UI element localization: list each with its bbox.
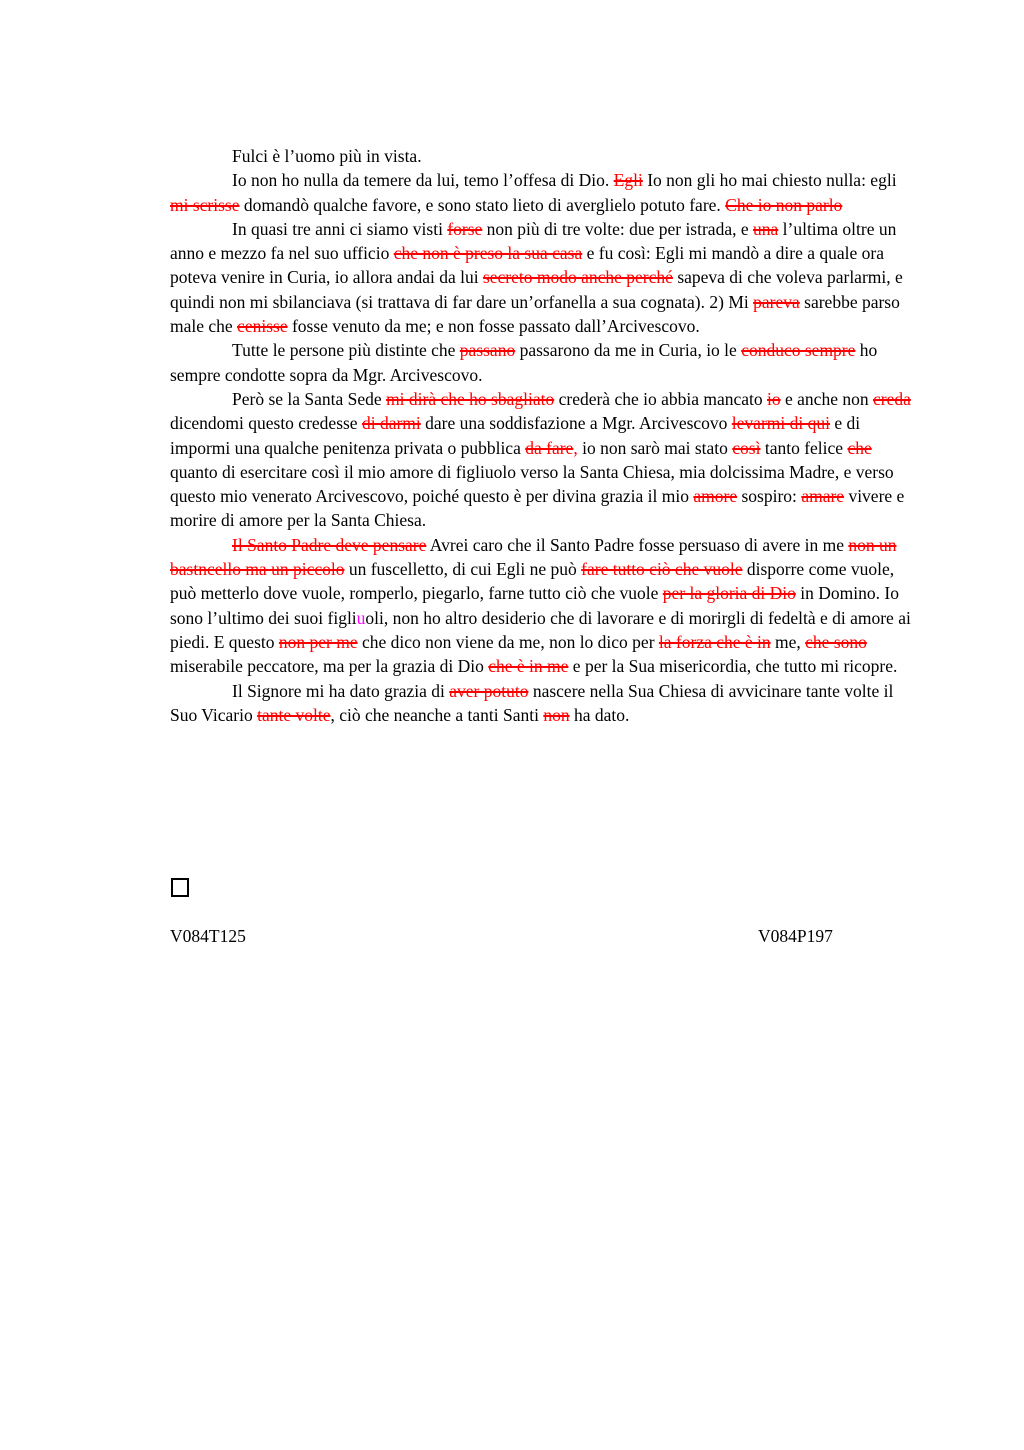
paragraph: Io non ho nulla da temere da lui, temo l… bbox=[170, 168, 914, 217]
deleted-text: creda bbox=[873, 389, 911, 409]
paragraph: Il Santo Padre deve pensare Avrei caro c… bbox=[170, 533, 914, 679]
footer-code-right: V084P197 bbox=[758, 924, 833, 948]
text-run: Tutte le persone più distinte che bbox=[232, 340, 460, 360]
deleted-text: mi dirà che ho sbagliato bbox=[386, 389, 554, 409]
deleted-text: fare tutto ciò che vuole bbox=[581, 559, 742, 579]
text-run: Però se la Santa Sede bbox=[232, 389, 386, 409]
text-run: crederà che io abbia mancato bbox=[554, 389, 767, 409]
deleted-text: che non è preso la sua casa bbox=[394, 243, 583, 263]
deleted-text: di darmi bbox=[362, 413, 421, 433]
paragraph: In quasi tre anni ci siamo visti forse n… bbox=[170, 217, 914, 338]
deleted-text: pareva bbox=[753, 292, 800, 312]
text-run: sospiro: bbox=[737, 486, 801, 506]
text-run: tanto felice bbox=[760, 438, 847, 458]
text-run: miserabile peccatore, ma per la grazia d… bbox=[170, 656, 488, 676]
deleted-text: la forza che è in bbox=[659, 632, 771, 652]
footer-code-left: V084T125 bbox=[170, 924, 246, 948]
text-run: un fuscelletto, di cui Egli ne può bbox=[344, 559, 581, 579]
deleted-text: forse bbox=[447, 219, 482, 239]
deleted-text: secreto modo anche perché bbox=[483, 267, 673, 287]
deleted-text: una bbox=[753, 219, 778, 239]
text-run: dicendomi questo credesse bbox=[170, 413, 362, 433]
deleted-text: conduco sempre bbox=[741, 340, 855, 360]
text-run: passarono da me in Curia, io le bbox=[515, 340, 741, 360]
deleted-text: per la gloria di Dio bbox=[663, 583, 796, 603]
deleted-text: che è in me bbox=[488, 656, 568, 676]
text-run: Io non gli ho mai chiesto nulla: egli bbox=[643, 170, 897, 190]
text-run: Fulci è l’uomo più in vista. bbox=[232, 146, 422, 166]
deleted-text: da fare bbox=[525, 438, 573, 458]
deleted-text: tante volte bbox=[257, 705, 330, 725]
deleted-text: cenisse bbox=[237, 316, 288, 336]
text-run: In quasi tre anni ci siamo visti bbox=[232, 219, 447, 239]
document-page: Fulci è l’uomo più in vista.Io non ho nu… bbox=[0, 0, 1024, 1450]
text-run: Avrei caro che il Santo Padre fosse pers… bbox=[426, 535, 848, 555]
text-run: me, bbox=[771, 632, 806, 652]
deleted-text: Il Santo Padre deve pensare bbox=[232, 535, 426, 555]
text-run: Il Signore mi ha dato grazia di bbox=[232, 681, 449, 701]
deleted-text: amore bbox=[693, 486, 737, 506]
text-run: Io non ho nulla da temere da lui, temo l… bbox=[232, 170, 614, 190]
text-run: che dico non viene da me, non lo dico pe… bbox=[358, 632, 659, 652]
paragraph: Il Signore mi ha dato grazia di aver pot… bbox=[170, 679, 914, 728]
text-run: dare una soddisfazione a Mgr. Arcivescov… bbox=[421, 413, 732, 433]
paragraph: Tutte le persone più distinte che passan… bbox=[170, 338, 914, 387]
checkbox-icon bbox=[171, 878, 189, 897]
deleted-text: non bbox=[543, 705, 569, 725]
text-run: e anche non bbox=[781, 389, 873, 409]
deleted-text: aver potuto bbox=[449, 681, 528, 701]
text-run: domandò qualche favore, e sono stato lie… bbox=[240, 195, 726, 215]
deleted-text: passano bbox=[460, 340, 515, 360]
deleted-text: mi scrisse bbox=[170, 195, 240, 215]
deleted-text: levarmi di qui bbox=[732, 413, 830, 433]
text-run: io non sarò mai stato bbox=[578, 438, 733, 458]
deleted-text: amare bbox=[801, 486, 844, 506]
deleted-text: che bbox=[847, 438, 871, 458]
text-run: ha dato. bbox=[570, 705, 630, 725]
text-run: fosse venuto da me; e non fosse passato … bbox=[288, 316, 700, 336]
deleted-text: io bbox=[767, 389, 781, 409]
deleted-text: che sono bbox=[805, 632, 867, 652]
paragraph: Però se la Santa Sede mi dirà che ho sba… bbox=[170, 387, 914, 533]
deleted-text: così bbox=[732, 438, 760, 458]
letter-text-block: Fulci è l’uomo più in vista.Io non ho nu… bbox=[170, 144, 914, 727]
text-run: , ciò che neanche a tanti Santi bbox=[330, 705, 543, 725]
text-run: e per la Sua misericordia, che tutto mi … bbox=[568, 656, 897, 676]
deleted-text: Egli bbox=[614, 170, 643, 190]
deleted-text: Che io non parlo bbox=[725, 195, 842, 215]
paragraph: Fulci è l’uomo più in vista. bbox=[170, 144, 914, 168]
text-run: non più di tre volte: due per istrada, e bbox=[482, 219, 753, 239]
deleted-text: non per me bbox=[279, 632, 358, 652]
